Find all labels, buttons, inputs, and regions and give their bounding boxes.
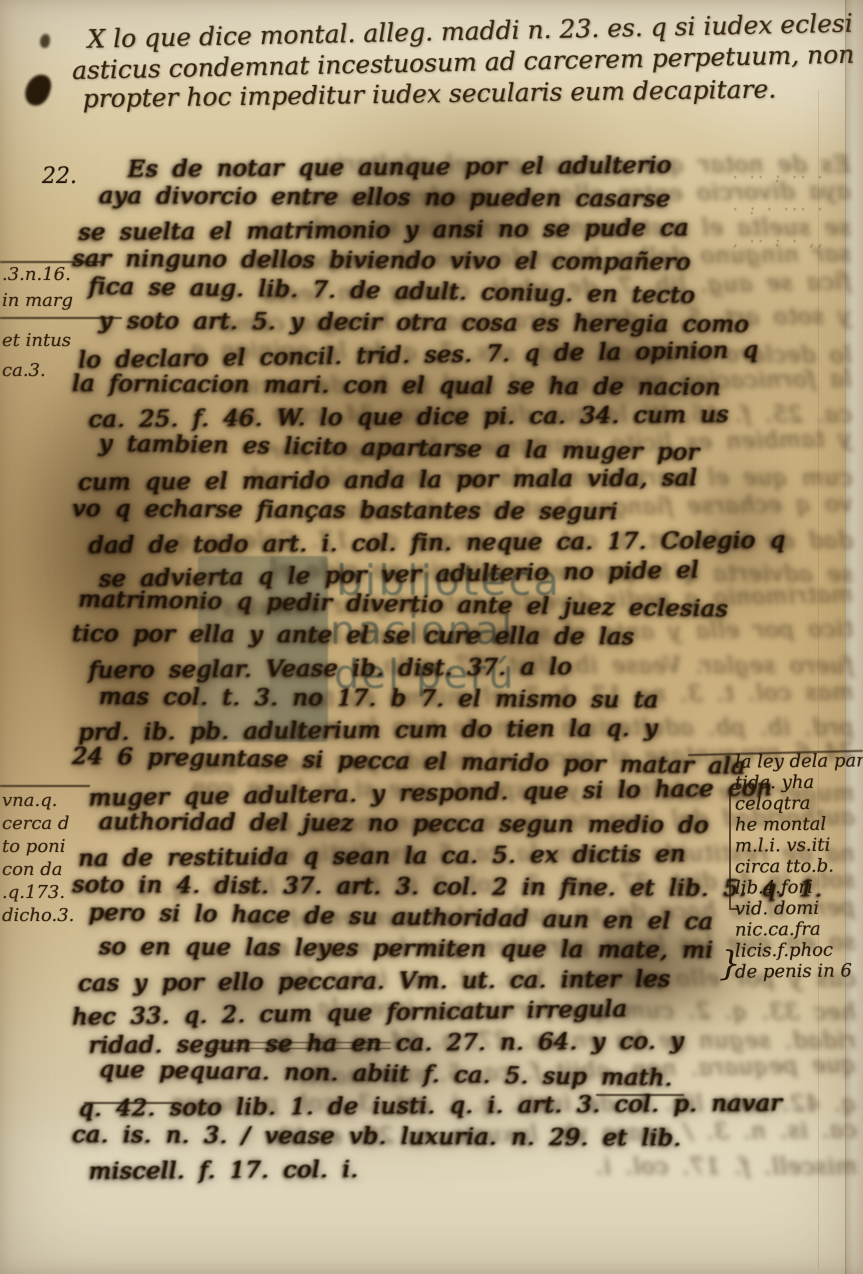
margin-note-line: .q.173. [2, 881, 74, 904]
margin-bracket [729, 788, 738, 910]
manuscript-line: aya divorcio entre ellos no pueden casar… [99, 181, 802, 216]
margin-note-line: tida. yha [735, 771, 861, 793]
ghost-mark-row: · ·· : ·· · [733, 162, 859, 194]
manuscript-line: Es de notar que aunque por el adulterio [128, 149, 802, 185]
left-margin-note-1: .3.n.16.in marg [2, 262, 73, 314]
left-margin-note-3: vna.q.cerca dto ponicon da.q.173.dicho.3… [2, 789, 74, 927]
margin-note-line: et intus [2, 326, 71, 356]
ghost-mark-row: , ·· : · ,, [733, 226, 859, 258]
main-text-block: Es de notar que aunque por el adulterioa… [70, 152, 801, 1185]
ghost-mark-row: · : · ··· · [733, 194, 859, 226]
manuscript-line: q. 42. soto lib. 1. de iusti. q. i. art.… [78, 1088, 801, 1125]
margin-note-line: he montal [735, 813, 861, 835]
manuscript-line: ca. is. n. 3. / vease vb. luxuria. n. 29… [72, 1120, 801, 1156]
manuscript-line: tico por ella y ante el se cure ella de … [72, 619, 801, 655]
margin-note-line: licis.f.phoc [735, 939, 861, 961]
margin-note-line: de penis in 6 [735, 960, 861, 982]
margin-note-line: lib.4.fori [735, 876, 861, 898]
manuscript-line: na de restituida q sean la ca. 5. ex dic… [78, 838, 801, 875]
margin-note-line: m.l.i. vs.iti [735, 834, 861, 856]
margin-note-line: vid. domi [735, 897, 861, 919]
paper-crease [818, 90, 819, 1270]
manuscript-scan: Es de notar que aunque por el adulterioa… [0, 0, 863, 1274]
margin-note-line: con da [2, 858, 74, 881]
text-underline [84, 1102, 178, 1104]
margin-note-line: celoqtra [735, 792, 861, 814]
margin-note-line: in marg [2, 288, 73, 314]
right-margin-note: la ley dela partida. yhaceloqtrahe monta… [735, 751, 861, 982]
manuscript-line: se suelta el matrimonio y ansi no se pud… [78, 212, 801, 249]
margin-note-line: vna.q. [2, 789, 74, 812]
margin-note-line: .3.n.16. [2, 262, 73, 288]
margin-brace: } [719, 944, 741, 984]
margin-note-line: ca.3. [2, 356, 71, 386]
manuscript-line: so en que las leyes permiten que la mate… [99, 932, 802, 967]
margin-rule [0, 261, 102, 263]
margin-rule [0, 785, 90, 787]
text-underline [596, 1094, 684, 1096]
ghost-ink-marks: · ·· : ·· ·· : · ··· ·, ·· : · ,, [733, 162, 859, 258]
manuscript-line: authoridad del juez no pecca segun medio… [99, 807, 802, 842]
margin-note-line: dicho.3. [2, 904, 74, 927]
manuscript-line: miscell. f. 17. col. i. [88, 1151, 801, 1188]
manuscript-line: fuero seglar. Vease ib. dist. 37. a lo [88, 650, 801, 687]
top-annotation: X lo que dice montal. alleg. maddi n. 23… [71, 8, 843, 117]
margin-note-line: circa tto.b. [735, 855, 861, 877]
margin-rule [0, 317, 122, 319]
left-margin-note-2: et intusca.3. [2, 326, 71, 386]
margin-note-line: nic.ca.fra [735, 918, 861, 940]
margin-note-line: to poni [2, 835, 74, 858]
margin-note-line: cerca d [2, 812, 74, 835]
manuscript-line: vo q echarse fianças bastantes de seguri [72, 494, 801, 530]
text-underline [205, 1042, 391, 1049]
manuscript-line: cum que el marido anda la por mala vida,… [78, 462, 801, 499]
